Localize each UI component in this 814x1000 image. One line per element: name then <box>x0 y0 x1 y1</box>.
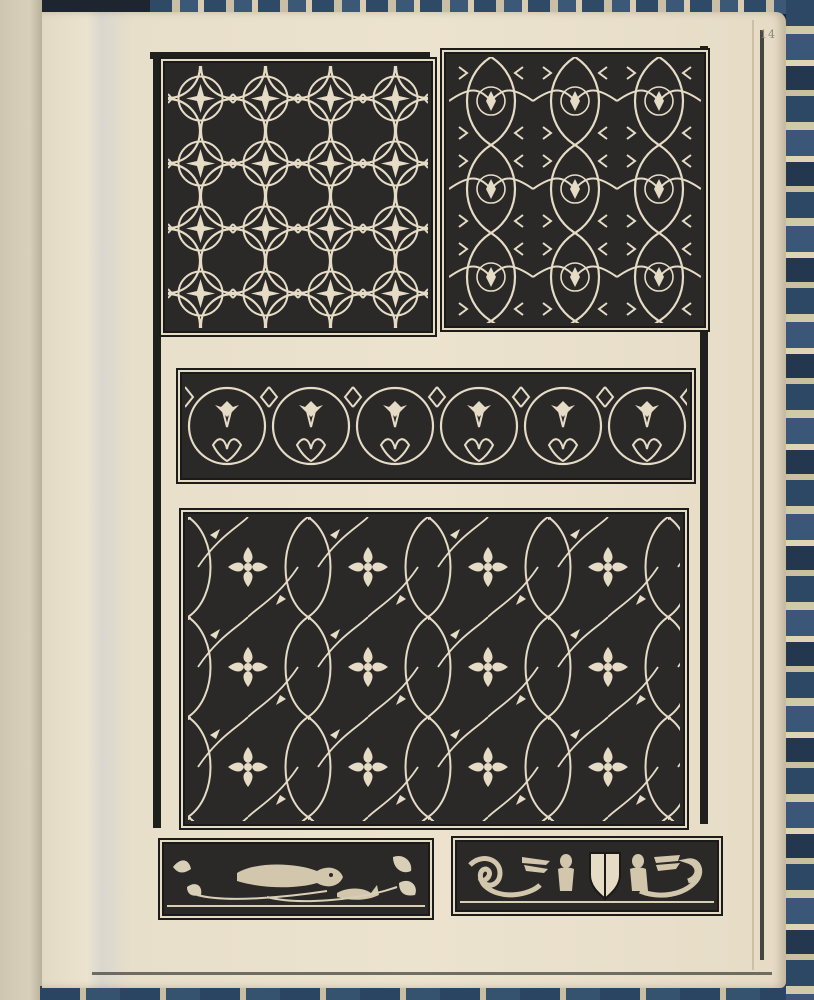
panel-sirens-shield-frieze: Frieze with sirens and shield <box>455 840 719 912</box>
arabesque-pattern-icon <box>449 57 701 323</box>
panel-horizontal-frieze: Horizontal arabesque frieze <box>180 372 692 480</box>
fox-foliage-icon <box>167 847 425 911</box>
page-edge-rule <box>760 30 764 960</box>
frieze-pattern-icon <box>185 377 687 475</box>
panel-fox-frieze: Frieze with fox and foliage <box>162 842 430 916</box>
panel-large-floral-interlace: Large floral interlace panel <box>183 512 685 826</box>
panel-top-right-arabesque: Square arabesque panel <box>444 52 706 328</box>
floral-pattern-icon <box>188 517 680 821</box>
shield-sirens-icon <box>460 845 714 907</box>
knotwork-pattern-icon <box>168 66 428 328</box>
panel-top-left-knotwork: Square interlace knotwork panel <box>163 61 433 333</box>
marbled-cover-bottom <box>40 986 814 1000</box>
page-edge-fold <box>752 20 754 970</box>
marbled-cover-right <box>786 0 814 1000</box>
facing-page-edge <box>0 0 42 1000</box>
page-number: 14 <box>760 28 776 41</box>
bottom-border-rule <box>92 972 772 975</box>
frame-rule-top <box>150 52 430 59</box>
frame-rule-left <box>153 58 161 828</box>
